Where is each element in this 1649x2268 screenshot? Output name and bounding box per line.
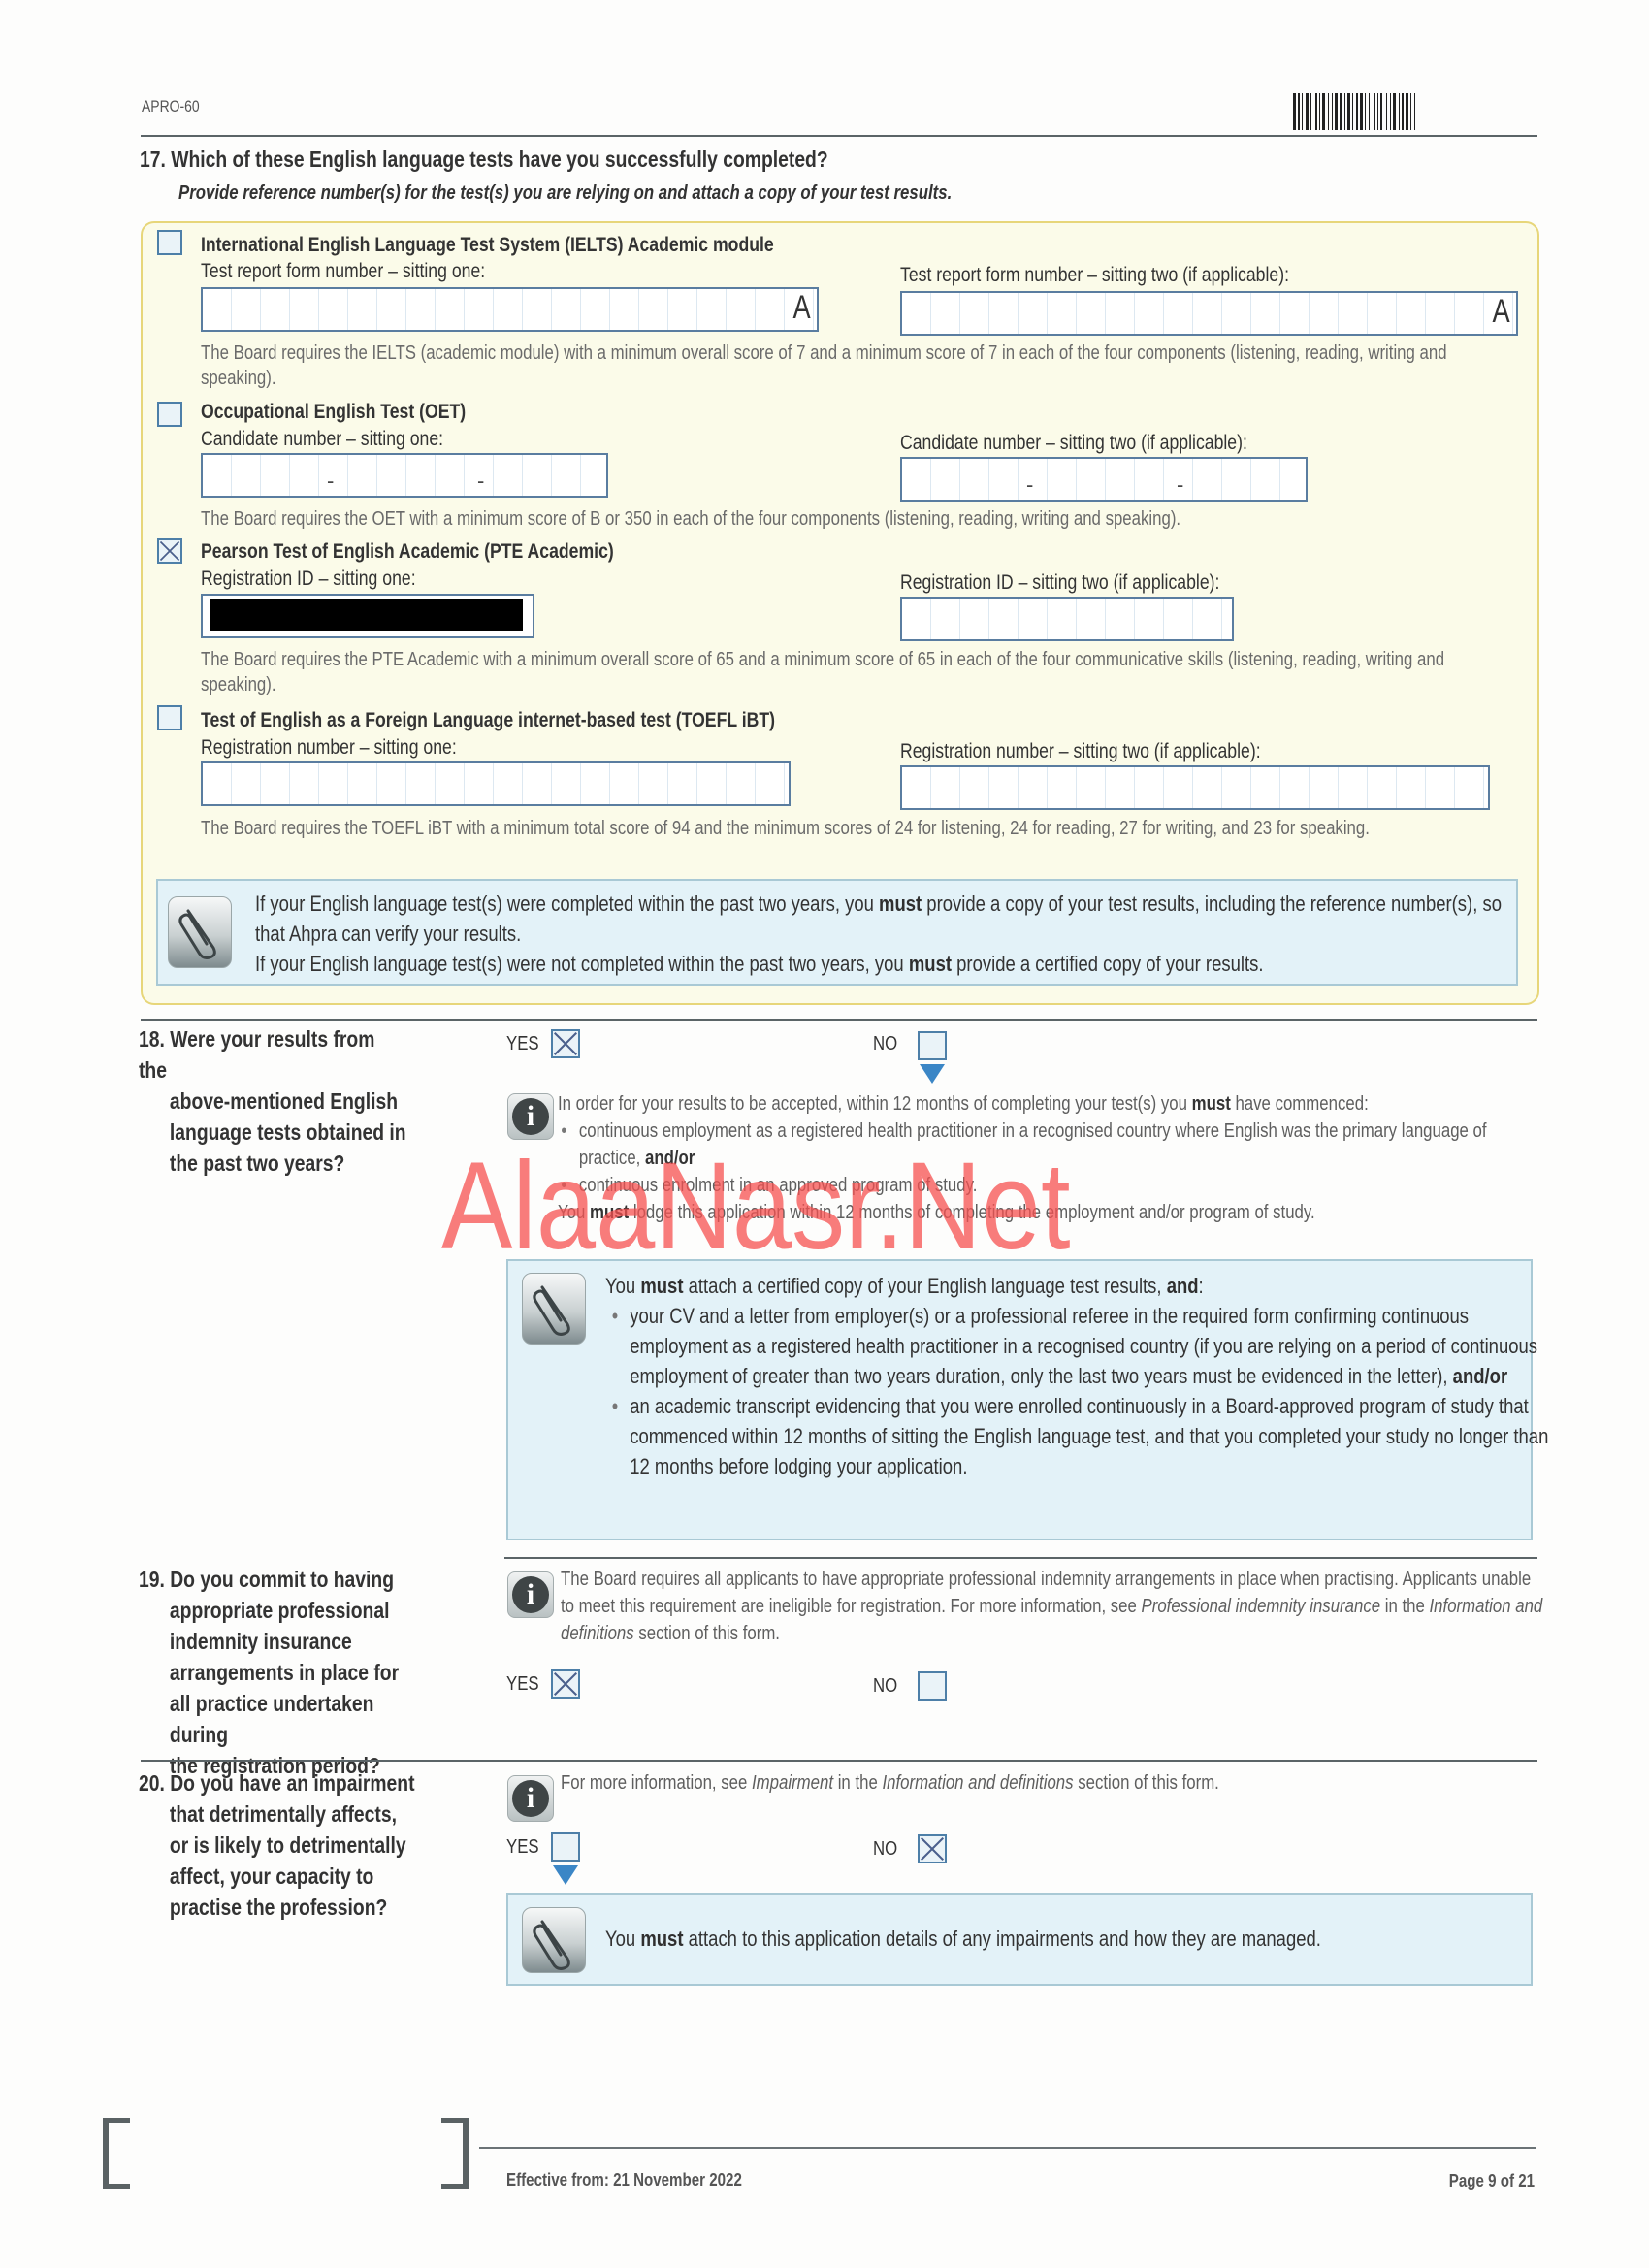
form-code: APRO-60 [142, 97, 200, 116]
oet-requirement-note: The Board requires the OET with a minimu… [201, 506, 1471, 532]
redacted-registration-id [210, 599, 523, 631]
field-separator: - [1026, 472, 1033, 498]
toefl-requirement-note: The Board requires the TOEFL iBT with a … [201, 816, 1471, 841]
toefl-sitting-one-label: Registration number – sitting one: [201, 736, 457, 760]
field-suffix: A [1493, 293, 1510, 331]
paperclip-icon [168, 896, 232, 968]
q18-no-label: NO [873, 1033, 897, 1055]
oet-sitting-two-label: Candidate number – sitting two (if appli… [900, 432, 1247, 455]
ielts-requirement-note: The Board requires the IELTS (academic m… [201, 340, 1471, 391]
q18-no-checkbox[interactable] [918, 1031, 947, 1060]
q18-yes-label: YES [506, 1033, 539, 1055]
question-19-text: 19. Do you commit to having appropriate … [139, 1564, 432, 1781]
toefl-sitting-two-field[interactable] [900, 765, 1490, 810]
scan-bracket-right [441, 2118, 469, 2189]
field-separator: - [477, 469, 484, 494]
question-17-subtitle: Provide reference number(s) for the test… [178, 182, 952, 205]
field-separator: - [327, 469, 334, 494]
pte-sitting-one-label: Registration ID – sitting one: [201, 567, 416, 591]
pte-sitting-one-field[interactable] [201, 594, 534, 638]
question-20-text: 20. Do you have an impairment that detri… [139, 1767, 432, 1923]
q20-attach-text: You must attach to this application deta… [605, 1924, 1583, 1954]
pte-title: Pearson Test of English Academic (PTE Ac… [201, 540, 614, 564]
pte-checkbox[interactable] [157, 538, 182, 564]
q17-attachment-note: If your English language test(s) were co… [156, 879, 1518, 986]
info-icon: i [507, 1571, 554, 1618]
arrow-down-icon [920, 1064, 945, 1084]
info-icon: i [507, 1093, 554, 1140]
ielts-title: International English Language Test Syst… [201, 234, 774, 257]
toefl-sitting-two-label: Registration number – sitting two (if ap… [900, 740, 1261, 763]
pte-sitting-two-field[interactable] [900, 597, 1234, 641]
q18-attachment-note: You must attach a certified copy of your… [506, 1259, 1533, 1540]
question-18-text: 18. Were your results from the above-men… [139, 1023, 407, 1179]
question-17-title: 17. Which of these English language test… [140, 146, 828, 173]
toefl-sitting-one-field[interactable] [201, 761, 791, 806]
field-separator: - [1177, 472, 1183, 498]
effective-date: Effective from: 21 November 2022 [506, 2170, 742, 2190]
ielts-sitting-two-label: Test report form number – sitting two (i… [900, 264, 1289, 287]
q17-attach-text: If your English language test(s) were co… [255, 889, 1510, 979]
ielts-sitting-one-label: Test report form number – sitting one: [201, 260, 485, 283]
footer-divider [479, 2147, 1536, 2149]
page-number: Page 9 of 21 [1449, 2171, 1535, 2191]
toefl-title: Test of English as a Foreign Language in… [201, 709, 775, 732]
q19-no-checkbox[interactable] [918, 1671, 947, 1701]
checkmark-x-icon [553, 1031, 578, 1056]
pte-sitting-two-label: Registration ID – sitting two (if applic… [900, 571, 1219, 595]
divider-q19 [504, 1557, 1537, 1559]
q19-info-text: The Board requires all applicants to hav… [561, 1566, 1546, 1647]
q20-attachment-note: You must attach to this application deta… [506, 1893, 1533, 1986]
barcode-icon [1293, 93, 1539, 130]
checkmark-x-icon [553, 1671, 578, 1697]
q20-no-checkbox[interactable] [918, 1834, 947, 1863]
oet-title: Occupational English Test (OET) [201, 401, 466, 424]
scan-bracket-left [103, 2118, 130, 2189]
info-icon: i [507, 1775, 554, 1822]
toefl-checkbox[interactable] [157, 705, 182, 730]
header-divider [141, 135, 1537, 137]
checkmark-x-icon [159, 540, 180, 562]
oet-checkbox[interactable] [157, 402, 182, 427]
q18-info-text: In order for your results to be accepted… [558, 1090, 1552, 1226]
oet-sitting-one-field[interactable]: - - [201, 453, 608, 498]
q19-yes-label: YES [506, 1673, 539, 1696]
q19-yes-checkbox[interactable] [551, 1669, 580, 1699]
paperclip-icon [522, 1907, 586, 1973]
paperclip-icon [522, 1273, 586, 1345]
divider-q20 [141, 1760, 1537, 1762]
divider-q18 [141, 1019, 1537, 1021]
ielts-checkbox[interactable] [157, 230, 182, 255]
q20-no-label: NO [873, 1838, 897, 1861]
q18-yes-checkbox[interactable] [551, 1029, 580, 1058]
field-suffix: A [793, 289, 811, 327]
oet-sitting-one-label: Candidate number – sitting one: [201, 428, 443, 451]
arrow-down-icon [553, 1865, 578, 1885]
checkmark-x-icon [920, 1836, 945, 1862]
q20-yes-label: YES [506, 1836, 539, 1859]
ielts-sitting-two-field[interactable]: A [900, 291, 1518, 336]
pte-requirement-note: The Board requires the PTE Academic with… [201, 647, 1471, 697]
q20-info-text: For more information, see Impairment in … [561, 1769, 1546, 1797]
q20-yes-checkbox[interactable] [551, 1832, 580, 1862]
q19-no-label: NO [873, 1675, 897, 1698]
q18-attach-text: You must attach a certified copy of your… [605, 1271, 1567, 1481]
ielts-sitting-one-field[interactable]: A [201, 287, 819, 332]
oet-sitting-two-field[interactable]: - - [900, 457, 1308, 502]
